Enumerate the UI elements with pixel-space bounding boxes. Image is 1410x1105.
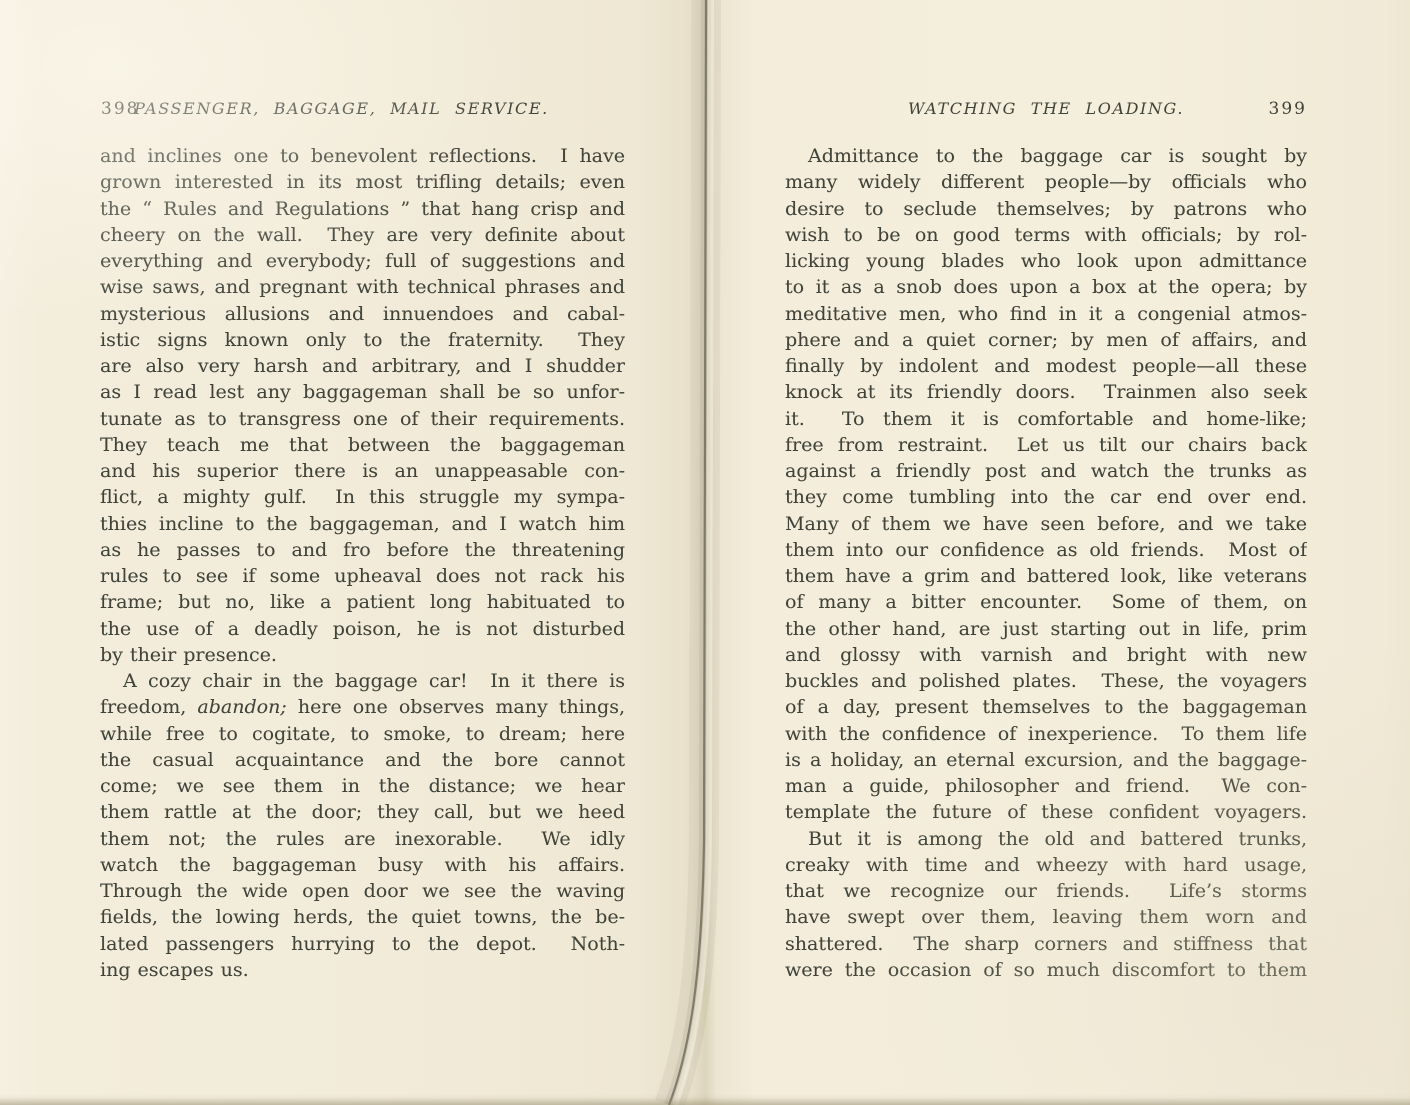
text-line: template the future of these confident v… [785,799,1307,825]
text-line: ing escapes us. [100,957,625,983]
text-line: cheery on the wall. They are very defini… [100,222,625,248]
text-line: tunate as to transgress one of their req… [100,406,625,432]
text-line: the other hand, are just starting out in… [785,616,1307,642]
text-line: istic signs known only to the fraternity… [100,327,625,353]
book-spread: 398 PASSENGER, BAGGAGE, MAIL SERVICE. WA… [0,0,1410,1105]
text-line: the use of a deadly poison, he is not di… [100,616,625,642]
text-line: frame; but no, like a patient long habit… [100,589,625,615]
text-line: shattered. The sharp corners and stiffne… [785,931,1307,957]
text-line: of many a bitter encounter. Some of them… [785,589,1307,615]
right-page-text: Admittance to the baggage car is sought … [785,143,1307,983]
text-line: Through the wide open door we see the wa… [100,878,625,904]
text-line: them not; the rules are inexorable. We i… [100,826,625,852]
text-line: were the occasion of so much discomfort … [785,957,1307,983]
text-line: rules to see if some upheaval does not r… [100,563,625,589]
text-line: desire to seclude themselves; by patrons… [785,196,1307,222]
left-page-text: and inclines one to benevolent reflectio… [100,143,625,983]
running-head-left: PASSENGER, BAGGAGE, MAIL SERVICE. [79,100,604,118]
text-line: it. To them it is comfortable and home-l… [785,406,1307,432]
text-line: thies incline to the baggageman, and I w… [100,511,625,537]
text-line: watch the baggageman busy with his affai… [100,852,625,878]
text-line: buckles and polished plates. These, the … [785,668,1307,694]
text-line: the “ Rules and Regulations ” that hang … [100,196,625,222]
text-line: as I read lest any baggageman shall be s… [100,379,625,405]
text-line: wish to be on good terms with officials;… [785,222,1307,248]
text-line: grown interested in its most trifling de… [100,169,625,195]
text-line: creaky with time and wheezy with hard us… [785,852,1307,878]
text-line: as he passes to and fro before the threa… [100,537,625,563]
text-line: to it as a snob does upon a box at the o… [785,274,1307,300]
text-line: Many of them we have seen before, and we… [785,511,1307,537]
text-line: knock at its friendly doors. Trainmen al… [785,379,1307,405]
text-line: free from restraint. Let us tilt our cha… [785,432,1307,458]
text-line: them into our confidence as old friends.… [785,537,1307,563]
text-line: have swept over them, leaving them worn … [785,904,1307,930]
text-line: against a friendly post and watch the tr… [785,458,1307,484]
text-line: and inclines one to benevolent reflectio… [100,143,625,169]
text-line: is a holiday, an eternal excursion, and … [785,747,1307,773]
text-line: licking young blades who look upon admit… [785,248,1307,274]
text-line: them rattle at the door; they call, but … [100,799,625,825]
text-line: and glossy with varnish and bright with … [785,642,1307,668]
text-line: the casual acquaintance and the bore can… [100,747,625,773]
text-line: finally by indolent and modest people—al… [785,353,1307,379]
text-line: flict, a mighty gulf. In this struggle m… [100,484,625,510]
text-line: meditative men, who find in it a congeni… [785,301,1307,327]
text-line: them have a grim and battered look, like… [785,563,1307,589]
text-line: mysterious allusions and innuendoes and … [100,301,625,327]
text-line: many widely different people—by official… [785,169,1307,195]
text-line: lated passengers hurrying to the depot. … [100,931,625,957]
text-line: man a guide, philosopher and friend. We … [785,773,1307,799]
text-line: they come tumbling into the car end over… [785,484,1307,510]
text-line: A cozy chair in the baggage car! In it t… [100,668,625,694]
text-line: are also very harsh and arbitrary, and I… [100,353,625,379]
text-line: by their presence. [100,642,625,668]
text-line: phere and a quiet corner; by men of affa… [785,327,1307,353]
text-line: come; we see them in the distance; we he… [100,773,625,799]
text-line: wise saws, and pregnant with technical p… [100,274,625,300]
text-line: and his superior there is an unappeasabl… [100,458,625,484]
text-line: They teach me that between the baggagema… [100,432,625,458]
text-line: while free to cogitate, to smoke, to dre… [100,721,625,747]
page-number-right: 399 [785,100,1307,118]
text-line: that we recognize our friends. Life’s st… [785,878,1307,904]
text-line: Admittance to the baggage car is sought … [785,143,1307,169]
text-line: with the confidence of inexperience. To … [785,721,1307,747]
text-line: of a day, present themselves to the bagg… [785,694,1307,720]
text-line: fields, the lowing herds, the quiet town… [100,904,625,930]
text-line: But it is among the old and battered tru… [785,826,1307,852]
text-line: freedom, abandon; here one observes many… [100,694,625,720]
text-line: everything and everybody; full of sugges… [100,248,625,274]
